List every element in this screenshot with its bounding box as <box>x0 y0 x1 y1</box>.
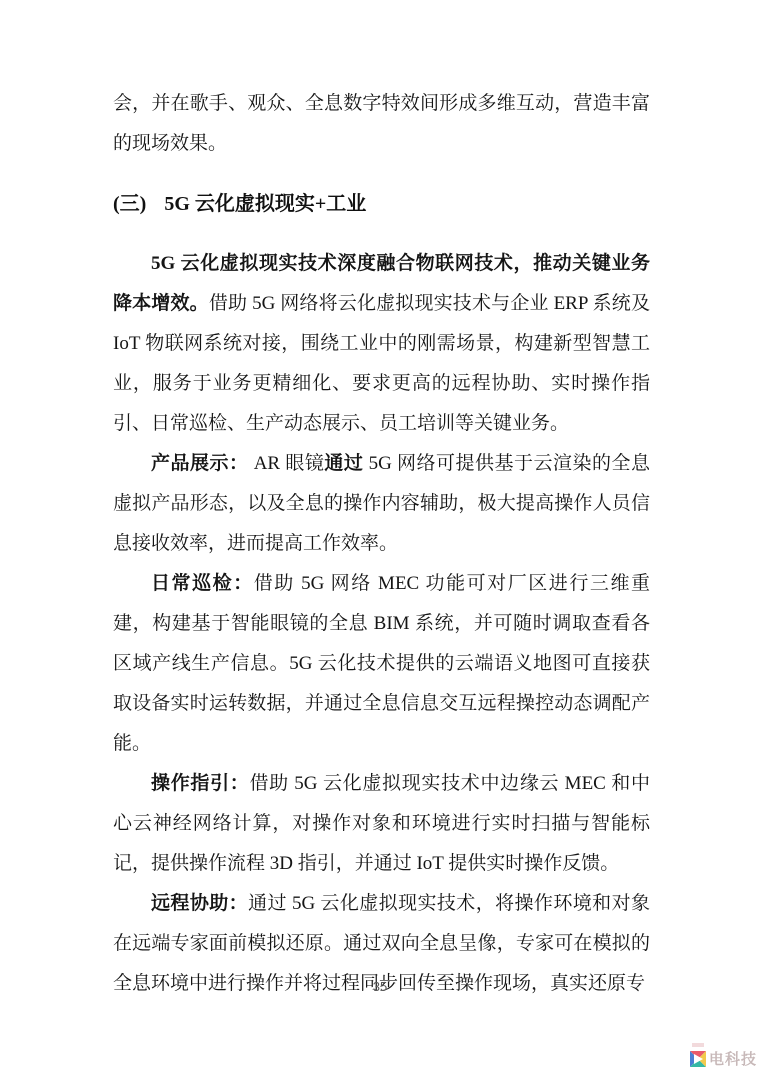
watermark: 电科技 <box>689 1048 757 1069</box>
bold-text-run: 产品展示： <box>151 453 248 474</box>
document-page: 会，并在歌手、观众、全息数字特效间形成多维互动，营造丰富的现场效果。 (三)5G… <box>0 0 760 1075</box>
page-number: 35 <box>0 979 760 994</box>
paragraph-overview: 5G 云化虚拟现实技术深度融合物联网技术，推动关键业务降本增效。借助 5G 网络… <box>113 244 650 444</box>
section-heading-number: (三) <box>113 193 146 215</box>
paragraph-product-display: 产品展示： AR 眼镜通过 5G 网络可提供基于云渲染的全息虚拟产品形态，以及全… <box>113 444 650 564</box>
text-run: AR 眼镜 <box>248 453 324 474</box>
watermark-mini-mark <box>692 1043 704 1047</box>
document-body: 会，并在歌手、观众、全息数字特效间形成多维互动，营造丰富的现场效果。 (三)5G… <box>113 84 650 1004</box>
bold-text-run: 操作指引： <box>151 773 249 794</box>
bold-text-run: 远程协助： <box>151 893 248 914</box>
text-run: 借助 5G 网络 MEC 功能可对厂区进行三维重建，构建基于智能眼镜的全息 BI… <box>113 573 650 754</box>
text-run: 会，并在歌手、观众、全息数字特效间形成多维互动，营造丰富的现场效果。 <box>113 93 650 154</box>
bold-text-run: 日常巡检： <box>151 573 254 594</box>
bold-text-run: 通过 <box>324 453 363 474</box>
section-heading-title: 5G 云化虚拟现实+工业 <box>164 193 366 215</box>
section-heading: (三)5G 云化虚拟现实+工业 <box>113 184 650 224</box>
paragraph-continuation: 会，并在歌手、观众、全息数字特效间形成多维互动，营造丰富的现场效果。 <box>113 84 650 164</box>
text-run: 借助 5G 网络将云化虚拟现实技术与企业 ERP 系统及 IoT 物联网系统对接… <box>113 293 650 434</box>
watermark-text: 电科技 <box>709 1048 757 1069</box>
paragraph-daily-inspection: 日常巡检：借助 5G 网络 MEC 功能可对厂区进行三维重建，构建基于智能眼镜的… <box>113 564 650 764</box>
paragraph-operation-guide: 操作指引：借助 5G 云化虚拟现实技术中边缘云 MEC 和中心云神经网络计算，对… <box>113 764 650 884</box>
pinwheel-logo-icon <box>689 1050 707 1068</box>
